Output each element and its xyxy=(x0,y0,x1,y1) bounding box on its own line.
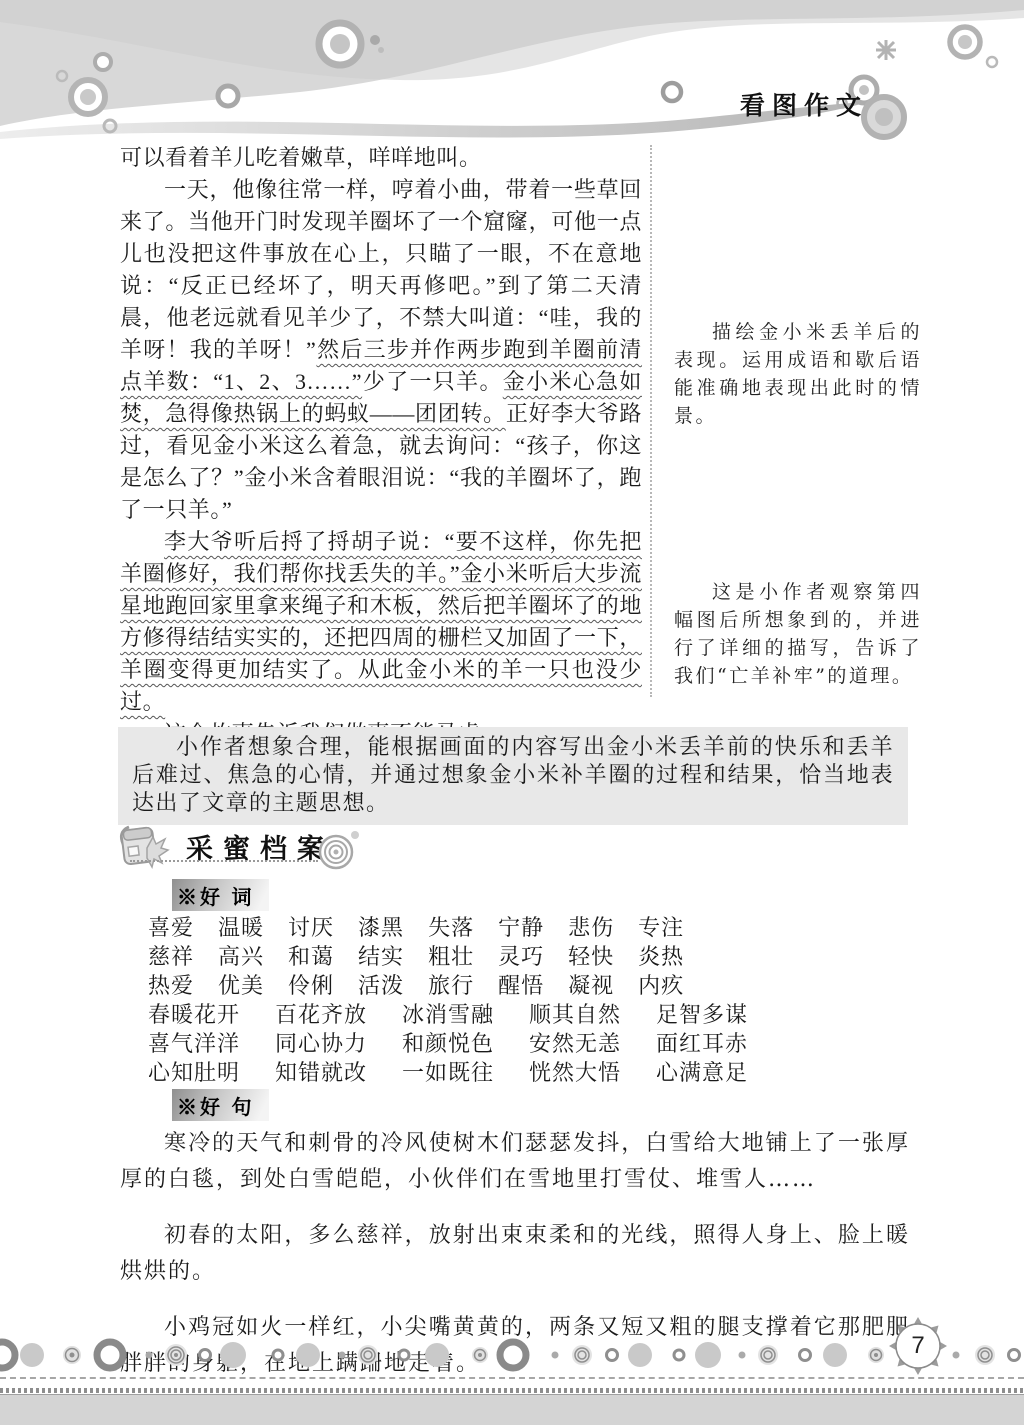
story-paragraph-2: 李大爷听后捋了捋胡子说：“要不这样，你先把羊圈修好，我们帮你找丢失的羊。”金小米… xyxy=(120,526,642,718)
margin-note-2: 这是小作者观察第四幅图后所想象到的，并进行了详细的描写，告诉了我们“亡羊补牢”的… xyxy=(674,578,922,690)
idiom-item: 面红耳赤 xyxy=(656,1027,748,1058)
story-text: 一天，他像往常一样，哼着小曲，带着一些草回来了。当他开门时发现羊圈坏了一个窟窿，… xyxy=(120,177,642,362)
section-title-dotted-underline xyxy=(130,860,318,862)
good-sentences-badge: ※好 句 xyxy=(172,1089,269,1121)
idiom-item: 心知肚明 xyxy=(148,1056,240,1087)
teacher-comment-box: 小作者想象合理，能根据画面的内容写出金小米丢羊前的快乐和丢羊后难过、焦急的心情，… xyxy=(118,727,908,825)
story-paragraph-continuation: 可以看着羊儿吃着嫩草，咩咩地叫。 xyxy=(120,142,642,174)
word-item: 炎热 xyxy=(638,940,684,971)
idiom-item: 百花齐放 xyxy=(275,998,367,1029)
good-words-badge: ※好 词 xyxy=(172,879,269,911)
story-paragraph-1: 一天，他像往常一样，哼着小曲，带着一些草回来了。当他开门时发现羊圈坏了一个窟窿，… xyxy=(120,174,642,526)
word-item: 结实 xyxy=(358,940,404,971)
word-item: 醒悟 xyxy=(498,969,544,1000)
footer-dashed-line xyxy=(0,1377,1024,1379)
word-item: 热爱 xyxy=(148,969,194,1000)
story-text-column: 可以看着羊儿吃着嫩草，咩咩地叫。 一天，他像往常一样，哼着小曲，带着一些草回来了… xyxy=(120,142,642,750)
page-header-title: 看图作文 xyxy=(740,86,868,122)
idiom-item: 心满意足 xyxy=(656,1056,748,1087)
word-item: 伶俐 xyxy=(288,969,334,1000)
good-words-list: 喜爱温暖讨厌漆黑失落宁静悲伤专注 慈祥高兴和蔼结实粗壮灵巧轻快炎热 热爱优美伶俐… xyxy=(148,912,748,1086)
wave-swirl-graphic xyxy=(0,0,1024,150)
margin-note-1: 描绘金小米丢羊后的表现。运用成语和歇后语能准确地表现出此时的情景。 xyxy=(674,318,922,430)
word-item: 和蔼 xyxy=(288,940,334,971)
word-item: 讨厌 xyxy=(288,911,334,942)
word-item: 慈祥 xyxy=(148,940,194,971)
idiom-item: 恍然大悟 xyxy=(529,1056,621,1087)
header-wave-decoration: 看图作文 xyxy=(0,0,1024,150)
footer-perforation-line xyxy=(0,1388,1024,1393)
word-item: 宁静 xyxy=(498,911,544,942)
word-item: 凝视 xyxy=(568,969,614,1000)
story-text: 少了一只羊。 xyxy=(362,369,503,394)
word-row: 喜爱温暖讨厌漆黑失落宁静悲伤专注 xyxy=(148,912,748,941)
idiom-row: 春暖花开百花齐放冰消雪融顺其自然足智多谋 xyxy=(148,999,748,1028)
story-text-emphasized: 李大爷听后捋了捋胡子说：“要不这样，你先把羊圈修好，我们帮你找丢失的羊。”金小米… xyxy=(120,529,642,714)
idiom-item: 足智多谋 xyxy=(656,998,748,1029)
idiom-item: 顺其自然 xyxy=(529,998,621,1029)
word-item: 优美 xyxy=(218,969,264,1000)
word-item: 悲伤 xyxy=(568,911,614,942)
footer-circles-decoration xyxy=(0,1325,1024,1383)
word-item: 内疚 xyxy=(638,969,684,1000)
margin-notes-column: 描绘金小米丢羊后的表现。运用成语和歇后语能准确地表现出此时的情景。 这是小作者观… xyxy=(674,142,922,690)
page-number-badge: 7 xyxy=(888,1316,948,1376)
page-number: 7 xyxy=(888,1316,948,1376)
idiom-item: 知错就改 xyxy=(275,1056,367,1087)
word-item: 喜爱 xyxy=(148,911,194,942)
idiom-item: 同心协力 xyxy=(275,1027,367,1058)
word-item: 活泼 xyxy=(358,969,404,1000)
satchel-leaf-icon xyxy=(114,816,170,879)
sentence-item: 寒冷的天气和刺骨的冷风使树木们瑟瑟发抖，白雪给大地铺上了一张厚厚的白毯，到处白雪… xyxy=(120,1126,910,1198)
word-item: 漆黑 xyxy=(358,911,404,942)
word-item: 失落 xyxy=(428,911,474,942)
idiom-item: 一如既往 xyxy=(402,1056,494,1087)
column-divider-dotted-line xyxy=(650,145,652,697)
word-item: 灵巧 xyxy=(498,940,544,971)
word-item: 旅行 xyxy=(428,969,474,1000)
word-item: 温暖 xyxy=(218,911,264,942)
sentence-item: 初春的太阳，多么慈祥，放射出束束柔和的光线，照得人身上、脸上暖烘烘的。 xyxy=(120,1218,910,1290)
idiom-item: 和颜悦色 xyxy=(402,1027,494,1058)
idiom-item: 安然无恙 xyxy=(529,1027,621,1058)
idiom-row: 心知肚明知错就改一如既往恍然大悟心满意足 xyxy=(148,1057,748,1086)
idiom-item: 春暖花开 xyxy=(148,998,240,1029)
idiom-item: 冰消雪融 xyxy=(402,998,494,1029)
spiral-circle-icon xyxy=(314,828,362,879)
idiom-item: 喜气洋洋 xyxy=(148,1027,240,1058)
word-row: 慈祥高兴和蔼结实粗壮灵巧轻快炎热 xyxy=(148,941,748,970)
word-item: 专注 xyxy=(638,911,684,942)
word-item: 轻快 xyxy=(568,940,614,971)
textbook-page: 看图作文 可以看着羊儿吃着嫩草，咩咩地叫。 一天，他像往常一样，哼着小曲，带着一… xyxy=(0,0,1024,1425)
word-item: 高兴 xyxy=(218,940,264,971)
idiom-row: 喜气洋洋同心协力和颜悦色安然无恙面红耳赤 xyxy=(148,1028,748,1057)
footer-gray-band xyxy=(0,1394,1024,1425)
word-item: 粗壮 xyxy=(428,940,474,971)
word-row: 热爱优美伶俐活泼旅行醒悟凝视内疚 xyxy=(148,970,748,999)
